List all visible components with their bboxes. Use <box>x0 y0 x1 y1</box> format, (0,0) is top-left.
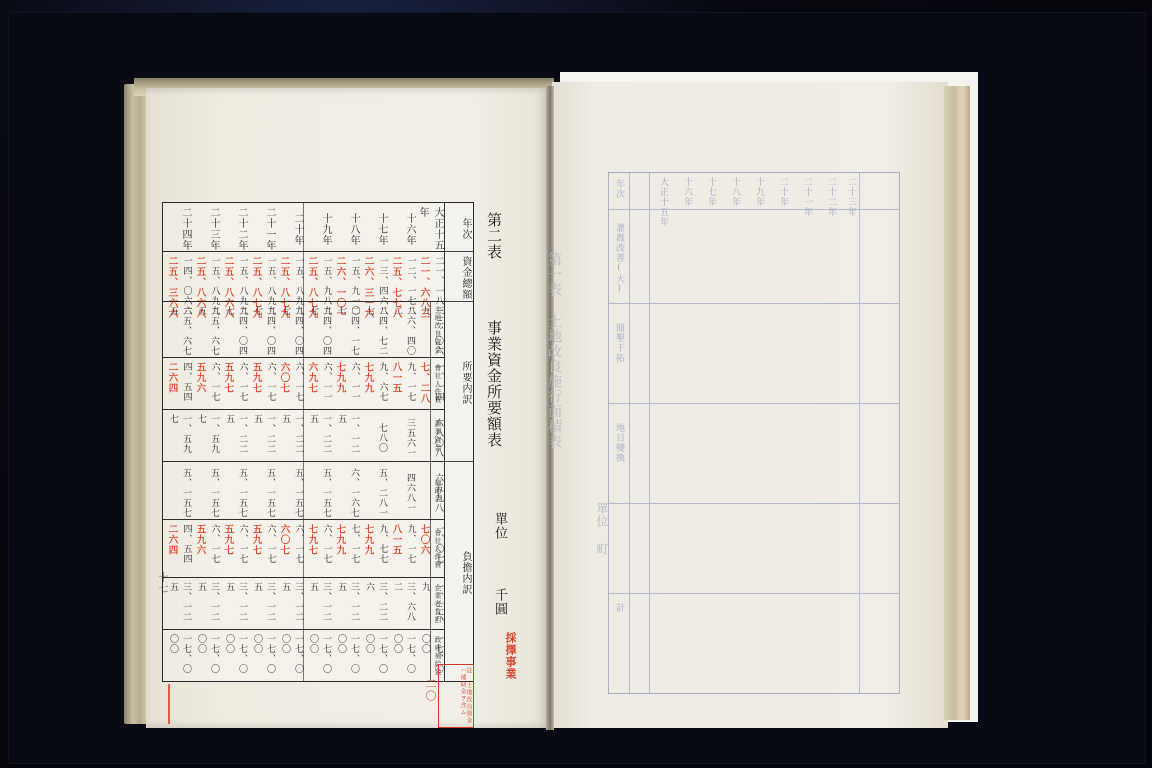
value-black: 一、五九七 <box>193 410 221 462</box>
value-red: 六〇七 <box>277 524 291 564</box>
table-name: 事業資金所要額表 <box>485 320 503 448</box>
value-black: 一七、〇〇〇 <box>249 630 277 682</box>
red-number: 二〇 <box>422 678 438 702</box>
value-black: 五、一五七 <box>221 462 249 520</box>
value-black: 三、一二五 <box>221 578 249 630</box>
value-black: 六、一七 <box>265 362 278 402</box>
value-black: 二四、七二七 <box>361 302 389 358</box>
value-black: 一七、〇〇〇 <box>305 630 333 682</box>
unit-label: 單位 千圓 <box>490 512 509 616</box>
value-black: 一、二二五 <box>305 410 333 462</box>
table-row-headers: 年次 資金總額 所要内訳 負擔内訳 <box>444 203 473 681</box>
value-red: 五九七 <box>221 524 235 564</box>
ghost-section: 灌漑改善(大) <box>613 223 626 295</box>
value-black: 九、一七 <box>405 524 418 564</box>
table-row-land-improvement: 一三、〇六九 二六、四〇二 二四、七二七 二四、一七七 二四、〇四七 二四、〇四… <box>163 301 445 358</box>
value-black: 一七、〇〇〇 <box>389 630 417 682</box>
value-red: 七〇六 <box>417 524 431 564</box>
value-black: 五、一五七 <box>193 462 221 520</box>
value-black: 二五、六七五 <box>165 302 193 358</box>
value-black: 一、二二五 <box>221 410 249 462</box>
value-red: 八一五 <box>389 524 403 564</box>
value-black: 三、一二五 <box>165 578 193 630</box>
table-row-burden-staff: 一、〇七七〇六 九、一七八一五 九、七七七九九 七、一七七九九 六、一七七九七 … <box>163 519 445 578</box>
year-cell: 十八年 <box>333 203 361 251</box>
value-black: 三、二二六 <box>361 578 389 630</box>
value-black: 五、二八一 <box>361 462 389 520</box>
year-cell: 二十三年 <box>193 203 221 251</box>
value-red: 五九六 <box>193 524 207 564</box>
value-black: 七八〇 <box>361 410 389 462</box>
ghost-header: 年次 <box>613 179 626 199</box>
value-black: 六、一七 <box>293 362 306 402</box>
value-black: 六八〇八 <box>417 410 445 462</box>
value-black: 一、二二五 <box>249 410 277 462</box>
value-red: 二六四 <box>165 524 179 564</box>
value-black: 二四、〇四七 <box>221 302 249 358</box>
value-red: 五九七 <box>249 524 263 564</box>
value-black: 九、六七 <box>377 362 390 402</box>
value-black: 五、一五七 <box>305 462 333 520</box>
value-black: 二四、〇四七 <box>277 302 305 358</box>
year-cell: 二十一年 <box>249 203 277 251</box>
open-ledger-book: 十七 年次 資金總額 所要内訳 負擔内訳 土地改良資金 會社人件費 農事資金 補… <box>124 72 984 732</box>
facing-page-title: 第一表 土地改良施行面積表 <box>544 252 564 449</box>
table-row-government-subsidy: 一七、〇〇〇 一七、〇〇〇 一七、〇〇〇 一七、〇〇〇 一七、〇〇〇 一七、〇〇… <box>163 629 445 682</box>
ghost-section: 計 <box>613 603 626 613</box>
value-black: 一、五九七 <box>165 410 193 462</box>
value-red: 五九六 <box>193 362 207 402</box>
table-title: 第二表 事業資金所要額表 <box>484 212 505 448</box>
year-cell: 十七年 <box>361 203 389 251</box>
value-red: 七九九 <box>333 524 347 564</box>
value-black: 三、一二五 <box>277 578 305 630</box>
value-red: 七九七 <box>305 524 319 564</box>
right-page-stack <box>944 86 970 720</box>
value-black: 一七、〇〇〇 <box>193 630 221 682</box>
year-cell: 二十二年 <box>221 203 249 251</box>
value-black: 一七、〇〇〇 <box>333 630 361 682</box>
value-black: 六、一七 <box>293 524 306 564</box>
red-margin-note: 採擇事業 <box>502 632 518 680</box>
value-black: 六、一七 <box>265 524 278 564</box>
value-red: 五九七 <box>249 362 263 402</box>
value-black: 三、六八二 <box>389 578 417 630</box>
year-cell: 二十年 <box>277 203 305 251</box>
value-black: 九、一七 <box>405 362 418 402</box>
value-black: 一七、〇〇〇 <box>165 630 193 682</box>
value-black: 七、一七 <box>349 524 362 564</box>
value-black: 六、一六七 <box>333 462 361 520</box>
value-black: 四六八一 <box>389 462 417 520</box>
value-black: 二五、六七五 <box>193 302 221 358</box>
ghost-section: 地目變換 <box>613 423 626 463</box>
value-black: 四、五四 <box>181 362 194 402</box>
value-black: 一、一二五 <box>333 410 361 462</box>
table-number: 第二表 <box>485 212 503 260</box>
header-burden: 負擔内訳 <box>445 461 473 681</box>
table-row-total: 二一、一八三二一、六八三 一二、一七八二五、七七八 一三、四六八二六、三一六 一… <box>163 251 445 302</box>
value-black: 六五九八 <box>417 462 445 520</box>
table-row-enterprise-burden: 一、三六九 三、六八二 三、二二六 三、一二五 三、一二五 三、一二五 三、一二… <box>163 577 445 630</box>
year-cell: 十六年 <box>389 203 417 251</box>
value-black: 六、一七 <box>209 362 222 402</box>
value-black: 二四、一七七 <box>333 302 361 358</box>
value-black: 一七、〇〇〇 <box>221 630 249 682</box>
year-cell: 十九年 <box>305 203 333 251</box>
header-year: 年次 <box>445 203 473 251</box>
value-black: 六、一七 <box>237 362 250 402</box>
header-breakdown: 所要内訳 <box>445 301 473 461</box>
value-red: 七九九 <box>333 362 347 402</box>
value-black: 三、一二五 <box>249 578 277 630</box>
table-row-subsidy: 六五九八 四六八一 五、二八一 六、一六七 五、一五七 五、一五七 五、一五七 … <box>163 461 445 520</box>
value-red: 八一五 <box>389 362 403 402</box>
value-black: 六、一七 <box>209 524 222 564</box>
value-black: 一七、〇〇〇 <box>277 630 305 682</box>
value-red: 六〇七 <box>277 362 291 402</box>
value-black: 二四、〇四七 <box>249 302 277 358</box>
header-total: 資金總額 <box>445 251 473 301</box>
table-row-staff-cost: 一、一四七、二八 九、一七八一五 九、六七七九九 六、一一七九九 六、一一六九七… <box>163 357 445 410</box>
value-black: 一、三六九 <box>417 578 445 630</box>
value-black: 三、一二五 <box>333 578 361 630</box>
value-black: 一、二二五 <box>277 410 305 462</box>
facing-page-faint-table: 年次 灌漑改善(大) 開墾干拓 地目變換 計 大正十五年 十六年 十七年 十八年… <box>608 172 900 694</box>
red-seal-stamp: 註 土地改良資金ハ補助金ヲ含ム <box>438 664 474 728</box>
value-red: 七、二八 <box>417 362 431 404</box>
value-black: 二六、四〇二 <box>389 302 417 358</box>
value-black: 一、一四 <box>433 362 446 404</box>
value-black: 三、一二五 <box>305 578 333 630</box>
year-cell: 二十四年 <box>165 203 193 251</box>
value-black: 一、〇七 <box>433 524 446 564</box>
value-black: 一七、〇〇〇 <box>361 630 389 682</box>
facing-page-unit: 單位 町 <box>594 502 611 556</box>
value-black: 六、一七 <box>321 524 334 564</box>
value-red: 七九九 <box>361 362 375 402</box>
value-black: 五、一五七 <box>165 462 193 520</box>
value-red: 二六四 <box>165 362 179 402</box>
red-margin-line <box>168 684 170 724</box>
year-row: 大正十五年 十六年 十七年 十八年 十九年 二十年 二十一年 二十二年 二十三年… <box>163 203 445 251</box>
value-black: 五、一五七 <box>249 462 277 520</box>
year-cell: 大正十五年 <box>417 203 445 251</box>
value-black: 九、七七 <box>377 524 390 564</box>
value-black: 四、五四 <box>181 524 194 564</box>
value-black: 六、一一 <box>321 362 334 402</box>
value-red: 七九九 <box>361 524 375 564</box>
value-black: 三五六一 <box>389 410 417 462</box>
value-black: 六、一七 <box>237 524 250 564</box>
value-black: 五、一五七 <box>277 462 305 520</box>
table-row-agri-funds: 六八〇八 三五六一 七八〇 一、一二五 一、二二五 一、二二五 一、二二五 一、… <box>163 409 445 462</box>
value-black: 二四、〇四七 <box>305 302 333 358</box>
value-black: 三、一二五 <box>193 578 221 630</box>
ghost-section: 開墾干拓 <box>613 323 626 363</box>
value-red: 六九七 <box>305 362 319 402</box>
value-black: 六、一一 <box>349 362 362 402</box>
value-black: 一三、〇六九 <box>417 302 445 358</box>
value-red: 五九七 <box>221 362 235 402</box>
fund-requirement-table: 年次 資金總額 所要内訳 負擔内訳 土地改良資金 會社人件費 農事資金 補助金 … <box>162 202 474 682</box>
unit-value: 千圓 <box>492 588 507 616</box>
